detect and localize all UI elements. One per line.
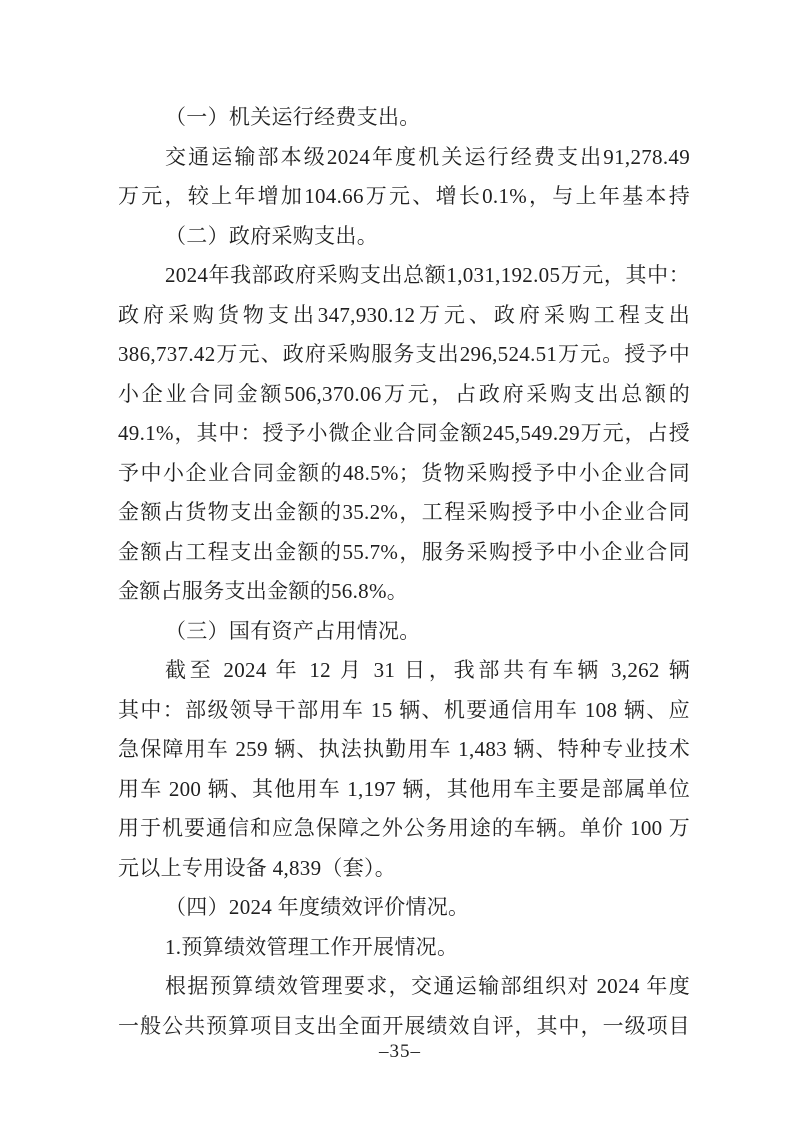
page-number: –35– [0,1040,800,1064]
text-line: 截至 2024 年 12 月 31 日，我部共有车辆 3,262 辆（台）， [118,651,690,691]
text-line: 用于机要通信和应急保障之外公务用途的车辆。单价 100 万 [118,809,690,849]
text-line: 金额占服务支出金额的56.8%。 [118,572,690,612]
text-line: 予中小企业合同金额的48.5%；货物采购授予中小企业合同 [118,454,690,494]
text-line: 急保障用车 259 辆、执法执勤用车 1,483 辆、特种专业技术 [118,730,690,770]
sub-heading: 1.预算绩效管理工作开展情况。 [118,928,690,968]
text-line: 其中：部级领导干部用车 15 辆、机要通信用车 108 辆、应 [118,691,690,731]
text-line: 万元，较上年增加104.66万元、增长0.1%，与上年基本持平。 [118,177,690,217]
text-line: 49.1%，其中：授予小微企业合同金额245,549.29万元，占授 [118,414,690,454]
text-block: （一）机关运行经费支出。 交通运输部本级2024年度机关运行经费支出91,278… [118,98,690,1046]
text-line: 元以上专用设备 4,839（套）。 [118,849,690,889]
section-heading-4: （四）2024 年度绩效评价情况。 [118,888,690,928]
text-line: 小企业合同金额506,370.06万元，占政府采购支出总额的 [118,375,690,415]
section-heading-1: （一）机关运行经费支出。 [118,98,690,138]
section-heading-2: （二）政府采购支出。 [118,217,690,257]
text-line: 金额占工程支出金额的55.7%，服务采购授予中小企业合同 [118,533,690,573]
text-line: 根据预算绩效管理要求，交通运输部组织对 2024 年度 [118,967,690,1007]
document-page: （一）机关运行经费支出。 交通运输部本级2024年度机关运行经费支出91,278… [0,0,800,1131]
text-line: 金额占货物支出金额的35.2%，工程采购授予中小企业合同 [118,493,690,533]
text-line: 用车 200 辆、其他用车 1,197 辆，其他用车主要是部属单位 [118,770,690,810]
text-line: 386,737.42万元、政府采购服务支出296,524.51万元。授予中 [118,335,690,375]
text-line: 政府采购货物支出347,930.12万元、政府采购工程支出 [118,296,690,336]
text-line: 交通运输部本级2024年度机关运行经费支出91,278.49 [118,138,690,178]
section-heading-3: （三）国有资产占用情况。 [118,612,690,652]
text-line: 2024年我部政府采购支出总额1,031,192.05万元，其中： [118,256,690,296]
